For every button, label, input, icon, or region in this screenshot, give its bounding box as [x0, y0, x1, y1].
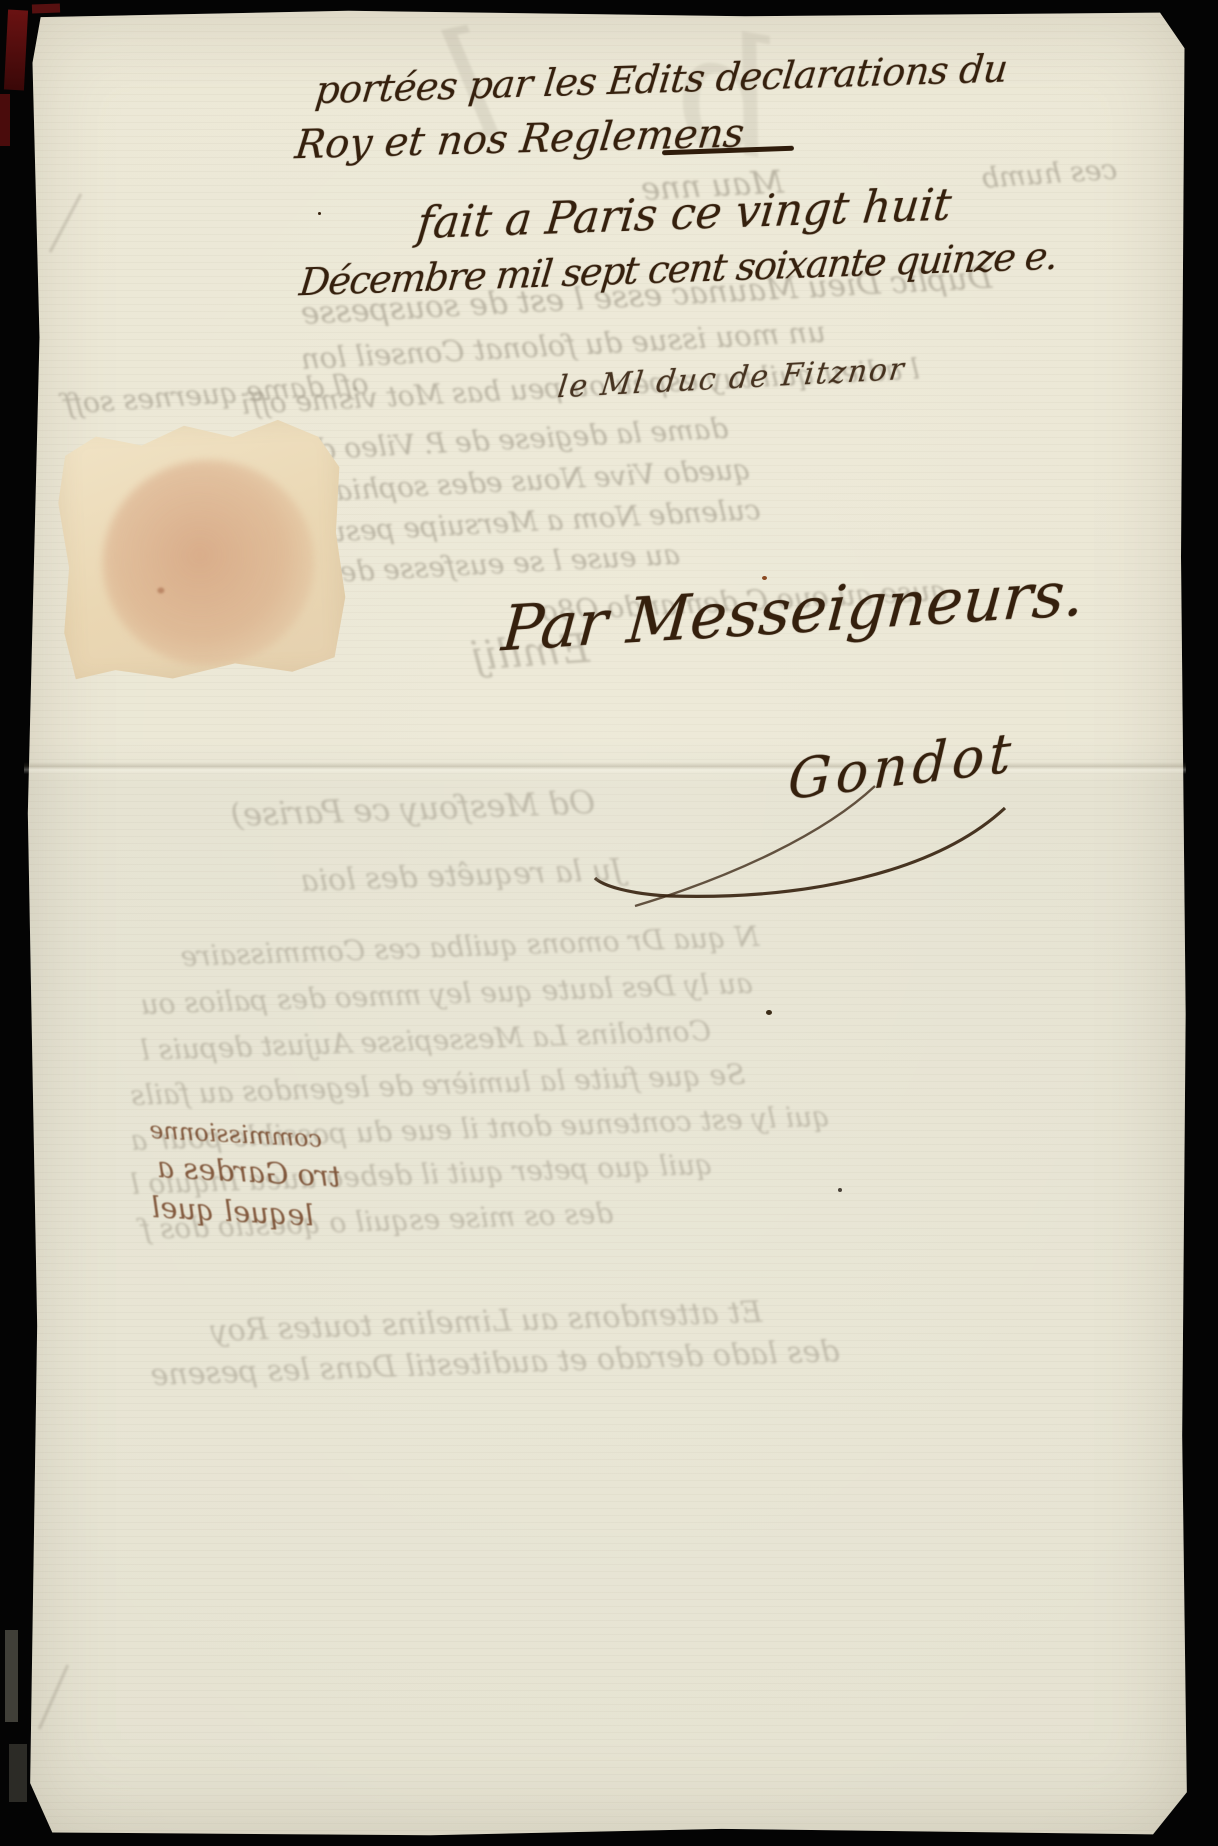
red-edge-sliver	[32, 4, 60, 14]
paper-edge-mark	[5, 1630, 18, 1722]
paper-edge-mark	[9, 1744, 27, 1802]
red-edge-sliver	[0, 94, 10, 146]
torn-paper-patch	[56, 415, 350, 685]
red-edge-sliver	[4, 10, 28, 91]
ink-speck	[838, 1188, 842, 1192]
document-scan: l b ces humb Mau nne Duplic Dieu Maunac …	[0, 0, 1218, 1846]
seal-stain	[99, 456, 318, 669]
ink-speck	[766, 1010, 772, 1015]
ink-speck	[318, 212, 321, 215]
signature-flourish	[575, 778, 1015, 918]
ink-speck	[762, 576, 767, 580]
